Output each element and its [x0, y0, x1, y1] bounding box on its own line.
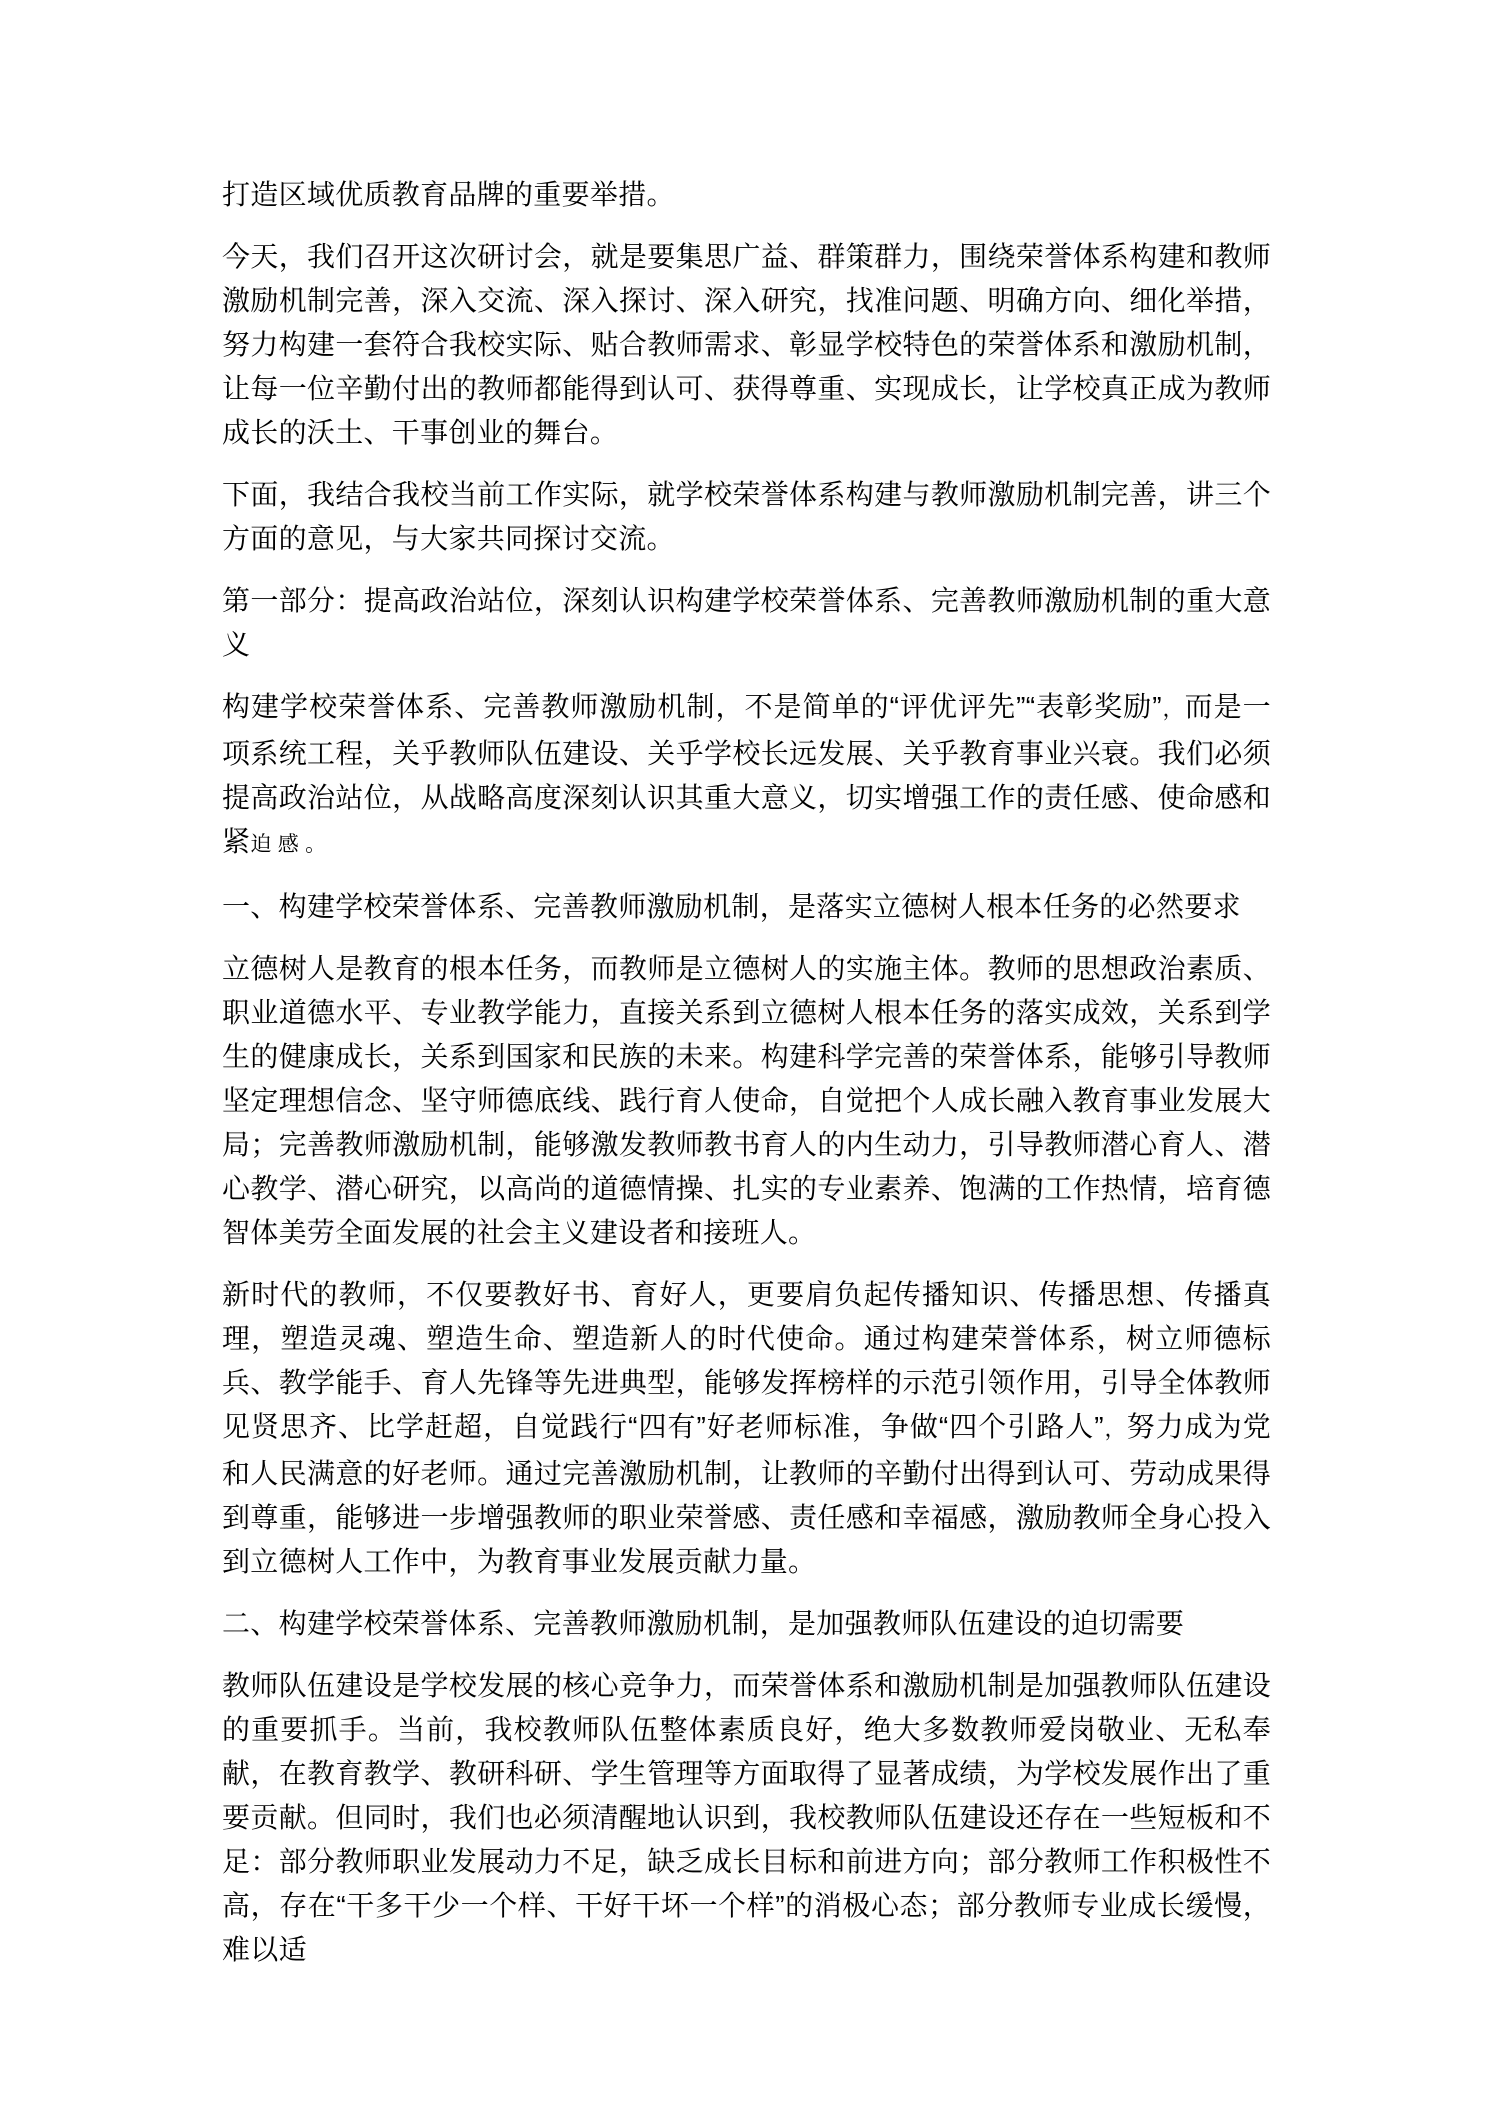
text-segment-small: ，: [1104, 1418, 1127, 1441]
paragraph: 构建学校荣誉体系、完善教师激励机制，不是简单的“评优评先”“表彰奖励”，而是一项…: [222, 685, 1271, 867]
document-page: 打造区域优质教育品牌的重要举措。今天，我们召开这次研讨会，就是要集思广益、群策群…: [0, 0, 1493, 2112]
paragraph: 立德树人是教育的根本任务，而教师是立德树人的实施主体。教师的思想政治素质、职业道…: [222, 947, 1271, 1255]
paragraph: 新时代的教师，不仅要教好书、育好人，更要肩负起传播知识、传播思想、传播真理，塑造…: [222, 1273, 1271, 1584]
document-content: 打造区域优质教育品牌的重要举措。今天，我们召开这次研讨会，就是要集思广益、群策群…: [222, 173, 1271, 1990]
text-segment-small: 迫 感 。: [250, 833, 326, 856]
text-segment: 一、构建学校荣誉体系、完善教师激励机制，是落实立德树人根本任务的必然要求: [222, 891, 1241, 922]
text-segment: 教师队伍建设是学校发展的核心竞争力，而荣誉体系和激励机制是加强教师队伍建设的重要…: [222, 1670, 1271, 1965]
paragraph: 下面，我结合我校当前工作实际，就学校荣誉体系构建与教师激励机制完善，讲三个方面的…: [222, 473, 1271, 561]
paragraph: 教师队伍建设是学校发展的核心竞争力，而荣誉体系和激励机制是加强教师队伍建设的重要…: [222, 1664, 1271, 1972]
text-segment: 二、构建学校荣誉体系、完善教师激励机制，是加强教师队伍建设的迫切需要: [222, 1608, 1184, 1639]
text-segment: 第一部分：提高政治站位，深刻认识构建学校荣誉体系、完善教师激励机制的重大意义: [222, 585, 1271, 660]
text-segment: 立德树人是教育的根本任务，而教师是立德树人的实施主体。教师的思想政治素质、职业道…: [222, 953, 1271, 1248]
text-segment: 打造区域优质教育品牌的重要举措。: [222, 179, 675, 210]
paragraph: 今天，我们召开这次研讨会，就是要集思广益、群策群力，围绕荣誉体系构建和教师激励机…: [222, 235, 1271, 455]
text-segment: 今天，我们召开这次研讨会，就是要集思广益、群策群力，围绕荣誉体系构建和教师激励机…: [222, 241, 1271, 448]
section-heading: 二、构建学校荣誉体系、完善教师激励机制，是加强教师队伍建设的迫切需要: [222, 1602, 1271, 1646]
section-heading: 第一部分：提高政治站位，深刻认识构建学校荣誉体系、完善教师激励机制的重大意义: [222, 579, 1271, 667]
text-segment: 下面，我结合我校当前工作实际，就学校荣誉体系构建与教师激励机制完善，讲三个方面的…: [222, 479, 1271, 554]
paragraph: 打造区域优质教育品牌的重要举措。: [222, 173, 1271, 217]
text-segment-small: ，: [1162, 698, 1185, 721]
section-heading: 一、构建学校荣誉体系、完善教师激励机制，是落实立德树人根本任务的必然要求: [222, 885, 1271, 929]
text-segment: 构建学校荣誉体系、完善教师激励机制，不是简单的“评优评先”“表彰奖励”: [222, 691, 1162, 722]
